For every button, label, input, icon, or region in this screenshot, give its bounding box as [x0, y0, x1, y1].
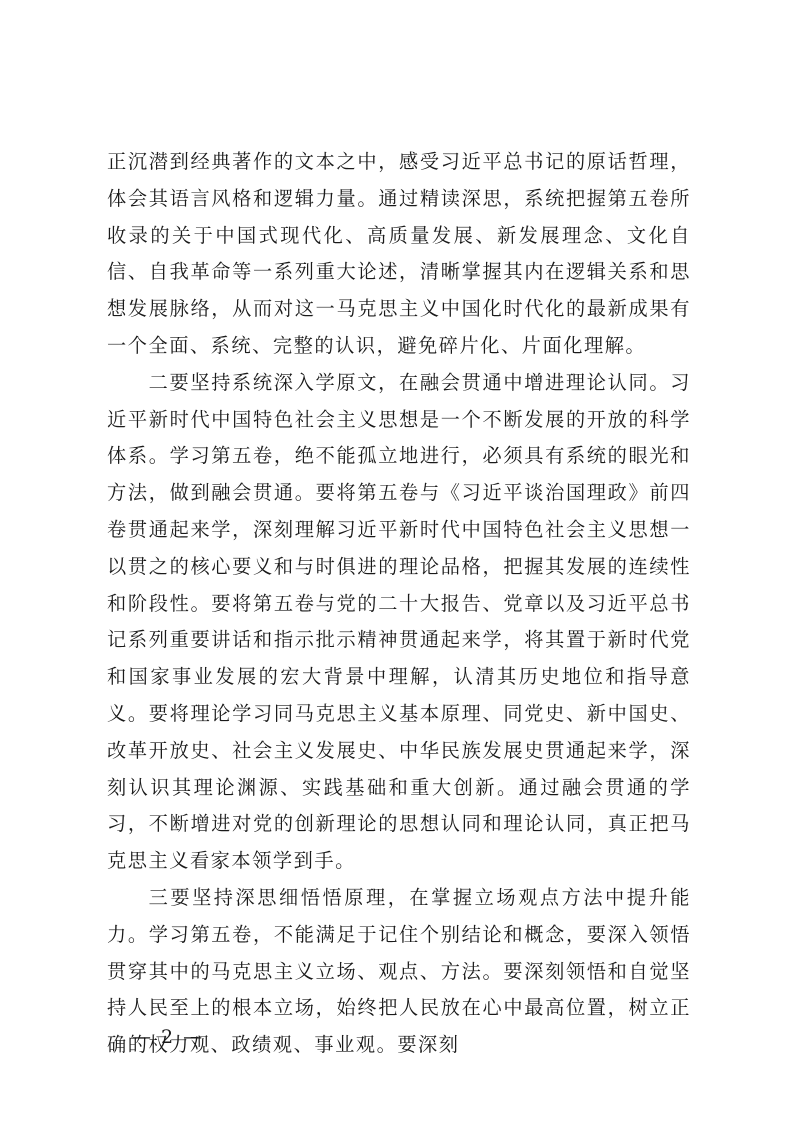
- paragraph-continuation: 正沉潜到经典著作的文本之中，感受习近平总书记的原话哲理，体会其语言风格和逻辑力量…: [107, 144, 691, 365]
- paragraph-point-two: 二要坚持系统深入学原文，在融会贯通中增进理论认同。习近平新时代中国特色社会主义思…: [107, 365, 691, 880]
- document-body: 正沉潜到经典著作的文本之中，感受习近平总书记的原话哲理，体会其语言风格和逻辑力量…: [107, 144, 691, 1064]
- page-number: — 2 —: [132, 1026, 204, 1048]
